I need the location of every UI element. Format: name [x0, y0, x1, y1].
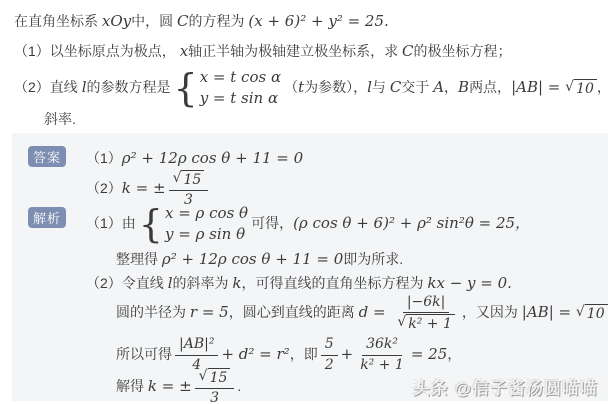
answer-line-1: （1）ρ² + 12ρ cos θ + 11 = 0 — [86, 147, 303, 169]
item-marker: （2） — [86, 180, 122, 196]
math-run: d = — [359, 303, 391, 321]
math-run: ρ² + 12ρ cos θ + 11 = 0 — [122, 149, 303, 167]
math-run: x — [180, 42, 188, 60]
math-run: = 25 — [411, 345, 447, 363]
parametric-equations: {x = t cos αy = t sin α — [174, 67, 282, 109]
analysis-line-6: 解得 k = ±√153. — [116, 367, 241, 404]
text-run: 由 — [122, 215, 136, 231]
text-run: 与 — [372, 79, 390, 95]
text-run: ，求 — [597, 79, 608, 95]
text-run: （1）以坐标原点为极点， — [14, 43, 180, 59]
text-run: 所以可得 — [116, 346, 172, 362]
denominator: k² + 1 — [356, 356, 408, 375]
distance-fraction: |−6k|√k² + 1 — [393, 294, 459, 333]
five-halves-fraction: 52 — [321, 336, 338, 374]
problem-line-2: （1）以坐标原点为极点， x轴正半轴为极轴建立极坐标系，求 C的极坐标方程； — [14, 40, 512, 62]
radical-sign: √ — [397, 314, 406, 330]
numerator: 5 — [321, 336, 338, 356]
analysis-line-4: 圆的半径为 r = 5，圆心到直线的距离 d = |−6k|√k² + 1，又因… — [116, 291, 608, 333]
radicand: 10 — [585, 304, 608, 323]
math-run: x = t cos α — [200, 67, 281, 88]
radical-sign: √ — [173, 170, 182, 186]
radicand: 15 — [208, 368, 231, 387]
math-run: |AB| = — [511, 78, 565, 96]
problem-line-1: 在直角坐标系 xOy中，圆 C的方程为 (x + 6)² + y² = 25. — [14, 10, 389, 32]
left-brace: { — [174, 70, 198, 106]
math-run: k = ± — [122, 179, 166, 197]
math-run: r = 5 — [190, 303, 229, 321]
analysis-badge: 解析 — [28, 207, 66, 228]
math-run: k = ± — [148, 377, 192, 395]
text-run: 整理得 — [116, 251, 162, 267]
text-run: 可得， — [251, 215, 293, 231]
math-run: x = ρ cos θ — [165, 203, 248, 224]
sqrt-10: √10 — [565, 79, 597, 98]
math-run: A — [433, 78, 444, 96]
numerator: |−6k| — [403, 294, 450, 314]
numerator: |AB|² — [175, 336, 218, 356]
math-run: (ρ cos θ + 6)² + ρ² sin²θ = 25， — [293, 214, 530, 232]
text-run: ，即 — [290, 346, 318, 362]
radical-sign: √ — [565, 79, 574, 95]
item-marker: （2） — [86, 275, 122, 291]
text-run: 在直角坐标系 — [14, 13, 102, 29]
text-run: 圆的半径为 — [116, 304, 190, 320]
text-run: 令直线 — [122, 275, 168, 291]
math-run: + — [341, 345, 354, 363]
math-run: ρ² + 12ρ cos θ + 11 = 0 — [162, 250, 343, 268]
math-run: xOy — [102, 12, 131, 30]
analysis-line-1: （1）由{x = ρ cos θy = ρ sin θ可得，(ρ cos θ +… — [86, 201, 530, 245]
radicand: k² + 1 — [406, 314, 455, 333]
numerator: √15 — [195, 368, 235, 389]
polar-substitution: {x = ρ cos θy = ρ sin θ — [139, 203, 248, 245]
text-run: 的斜率为 — [173, 275, 233, 291]
sqrt-k2-plus-1: √k² + 1 — [397, 314, 455, 333]
sqrt-10: √10 — [576, 304, 608, 323]
text-run: （2）直线 — [14, 79, 82, 95]
radicand: 15 — [181, 170, 204, 189]
watermark: 头条 @信子酱汤圆喵喵 — [413, 374, 598, 399]
numerator: 36k² — [362, 336, 402, 356]
text-run: ，可得直线的直角坐标方程为 — [241, 275, 427, 291]
radical-sign: √ — [576, 304, 585, 320]
text-run: 的参数方程是 — [87, 79, 171, 95]
math-run: + d² = r² — [221, 345, 289, 363]
sqrt-15: √15 — [199, 368, 231, 387]
math-run: B — [458, 78, 469, 96]
math-run: kx − y = 0. — [427, 274, 512, 292]
result-fraction: √153 — [195, 368, 235, 404]
text-run: ， — [447, 346, 461, 362]
text-run: 两点， — [469, 79, 511, 95]
denominator: √k² + 1 — [393, 313, 459, 333]
radical-sign: √ — [199, 368, 208, 384]
math-run: |AB| = — [522, 303, 576, 321]
left-brace: { — [139, 206, 163, 242]
36k2-fraction: 36k²k² + 1 — [356, 336, 408, 374]
text-run: 交于 — [401, 79, 433, 95]
text-run: . — [237, 378, 241, 394]
numerator: √15 — [169, 170, 209, 191]
denominator: 2 — [321, 356, 338, 375]
math-run: y = t sin α — [200, 88, 281, 109]
text-run: 轴正半轴为极轴建立极坐标系，求 — [188, 43, 402, 59]
text-run: ，圆心到直线的距离 — [229, 304, 359, 320]
item-marker: （1） — [86, 150, 122, 166]
radicand: 10 — [574, 79, 597, 98]
math-run: C — [177, 12, 188, 30]
text-run: 的方程为 — [189, 13, 249, 29]
math-run: C — [390, 78, 401, 96]
item-marker: （1） — [86, 215, 122, 231]
text-run: （ — [284, 79, 298, 95]
text-run: ， — [444, 79, 458, 95]
math-run: (x + 6)² + y² = 25. — [248, 12, 388, 30]
solution-panel: 答案 （1）ρ² + 12ρ cos θ + 11 = 0 （2）k = ±√1… — [12, 133, 608, 401]
math-run: C — [402, 42, 413, 60]
text-run: 解得 — [116, 378, 148, 394]
denominator: 3 — [206, 389, 223, 404]
answer-badge: 答案 — [28, 146, 66, 167]
text-run: 中，圆 — [131, 13, 177, 29]
math-run: y = ρ sin θ — [165, 224, 248, 245]
text-run: 为参数）， — [304, 79, 367, 95]
text-run: 即为所求. — [343, 251, 403, 267]
analysis-line-2: 整理得 ρ² + 12ρ cos θ + 11 = 0即为所求. — [116, 248, 403, 270]
text-run: 斜率. — [44, 111, 76, 127]
text-run: ，又因为 — [462, 304, 522, 320]
problem-line-4: 斜率. — [44, 108, 76, 130]
problem-line-3: （2）直线 l的参数方程是{x = t cos αy = t sin α（t为参… — [14, 65, 608, 109]
text-run: 的极坐标方程； — [414, 43, 512, 59]
sqrt-15: √15 — [173, 170, 205, 189]
